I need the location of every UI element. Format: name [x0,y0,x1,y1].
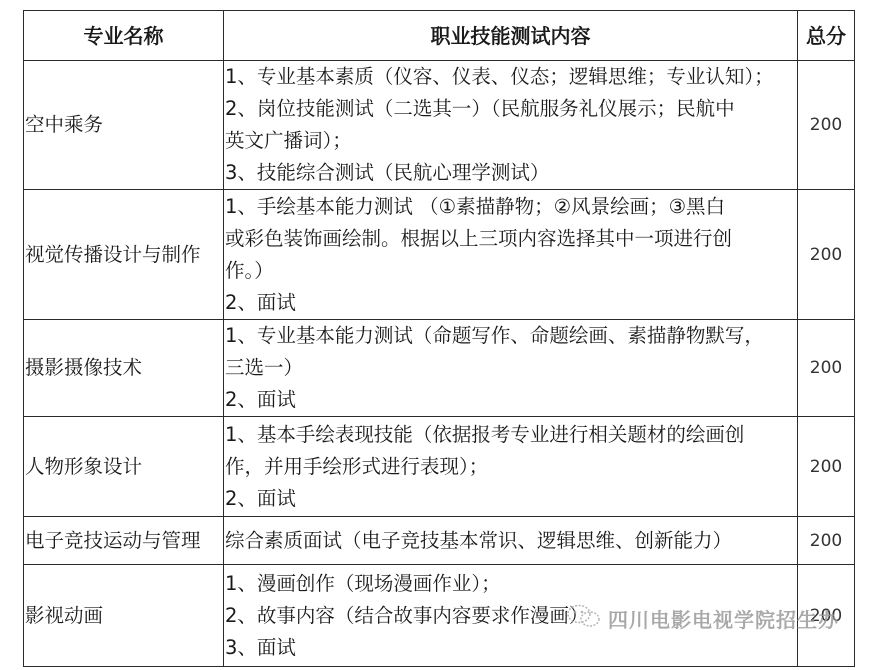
content-line: 作。） [225,255,797,287]
total-score: 200 [798,565,855,667]
test-content: 综合素质面试（电子竞技基本常识、逻辑思维、创新能力） [224,517,798,565]
content-line: 或彩色装饰画绘制。根据以上三项内容选择其中一项进行创 [225,223,797,255]
table-header-row: 专业名称 职业技能测试内容 总分 [24,11,855,61]
content-line: 作，并用手绘形式进行表现）； [225,451,797,483]
header-test-content: 职业技能测试内容 [224,11,798,61]
total-score: 200 [798,190,855,320]
content-line: 2、岗位技能测试（二选其一）（民航服务礼仪展示；民航中 [225,93,797,125]
total-score: 200 [798,417,855,517]
table-row: 人物形象设计 1、基本手绘表现技能（依据报考专业进行相关题材的绘画创 作，并用手… [24,417,855,517]
content-line: 三选一） [225,352,797,384]
test-content: 1、专业基本能力测试（命题写作、命题绘画、素描静物默写， 三选一） 2、面试 [224,320,798,417]
major-name: 空中乘务 [24,61,224,190]
table-row: 视觉传播设计与制作 1、手绘基本能力测试 （①素描静物；②风景绘画；③黑白 或彩… [24,190,855,320]
content-line: 3、技能综合测试（民航心理学测试） [225,157,797,189]
major-name: 影视动画 [24,565,224,667]
major-name: 视觉传播设计与制作 [24,190,224,320]
table-row: 空中乘务 1、专业基本素质（仪容、仪表、仪态；逻辑思维；专业认知）； 2、岗位技… [24,61,855,190]
major-name: 摄影摄像技术 [24,320,224,417]
content-line: 3、面试 [225,632,797,664]
content-line: 1、手绘基本能力测试 （①素描静物；②风景绘画；③黑白 [225,191,797,223]
total-score: 200 [798,61,855,190]
content-line: 2、故事内容（结合故事内容要求作漫画） [225,600,797,632]
total-score: 200 [798,320,855,417]
content-line: 1、漫画创作（现场漫画作业）； [225,568,797,600]
total-score: 200 [798,517,855,565]
content-line: 2、面试 [225,287,797,319]
header-major-name: 专业名称 [24,11,224,61]
content-line: 综合素质面试（电子竞技基本常识、逻辑思维、创新能力） [225,525,797,557]
content-line: 英文广播词）； [225,125,797,157]
table-row: 影视动画 1、漫画创作（现场漫画作业）； 2、故事内容（结合故事内容要求作漫画）… [24,565,855,667]
table-row: 电子竞技运动与管理 综合素质面试（电子竞技基本常识、逻辑思维、创新能力） 200 [24,517,855,565]
content-line: 1、基本手绘表现技能（依据报考专业进行相关题材的绘画创 [225,419,797,451]
content-line: 1、专业基本素质（仪容、仪表、仪态；逻辑思维；专业认知）； [225,61,797,93]
test-content: 1、漫画创作（现场漫画作业）； 2、故事内容（结合故事内容要求作漫画） 3、面试 [224,565,798,667]
test-content: 1、手绘基本能力测试 （①素描静物；②风景绘画；③黑白 或彩色装饰画绘制。根据以… [224,190,798,320]
major-name: 电子竞技运动与管理 [24,517,224,565]
content-line: 1、专业基本能力测试（命题写作、命题绘画、素描静物默写， [225,320,797,352]
table-row: 摄影摄像技术 1、专业基本能力测试（命题写作、命题绘画、素描静物默写， 三选一）… [24,320,855,417]
major-name: 人物形象设计 [24,417,224,517]
test-content: 1、基本手绘表现技能（依据报考专业进行相关题材的绘画创 作，并用手绘形式进行表现… [224,417,798,517]
content-line: 2、面试 [225,483,797,515]
content-line: 2、面试 [225,384,797,416]
exam-content-table: 专业名称 职业技能测试内容 总分 空中乘务 1、专业基本素质（仪容、仪表、仪态；… [23,10,855,667]
test-content: 1、专业基本素质（仪容、仪表、仪态；逻辑思维；专业认知）； 2、岗位技能测试（二… [224,61,798,190]
header-total-score: 总分 [798,11,855,61]
